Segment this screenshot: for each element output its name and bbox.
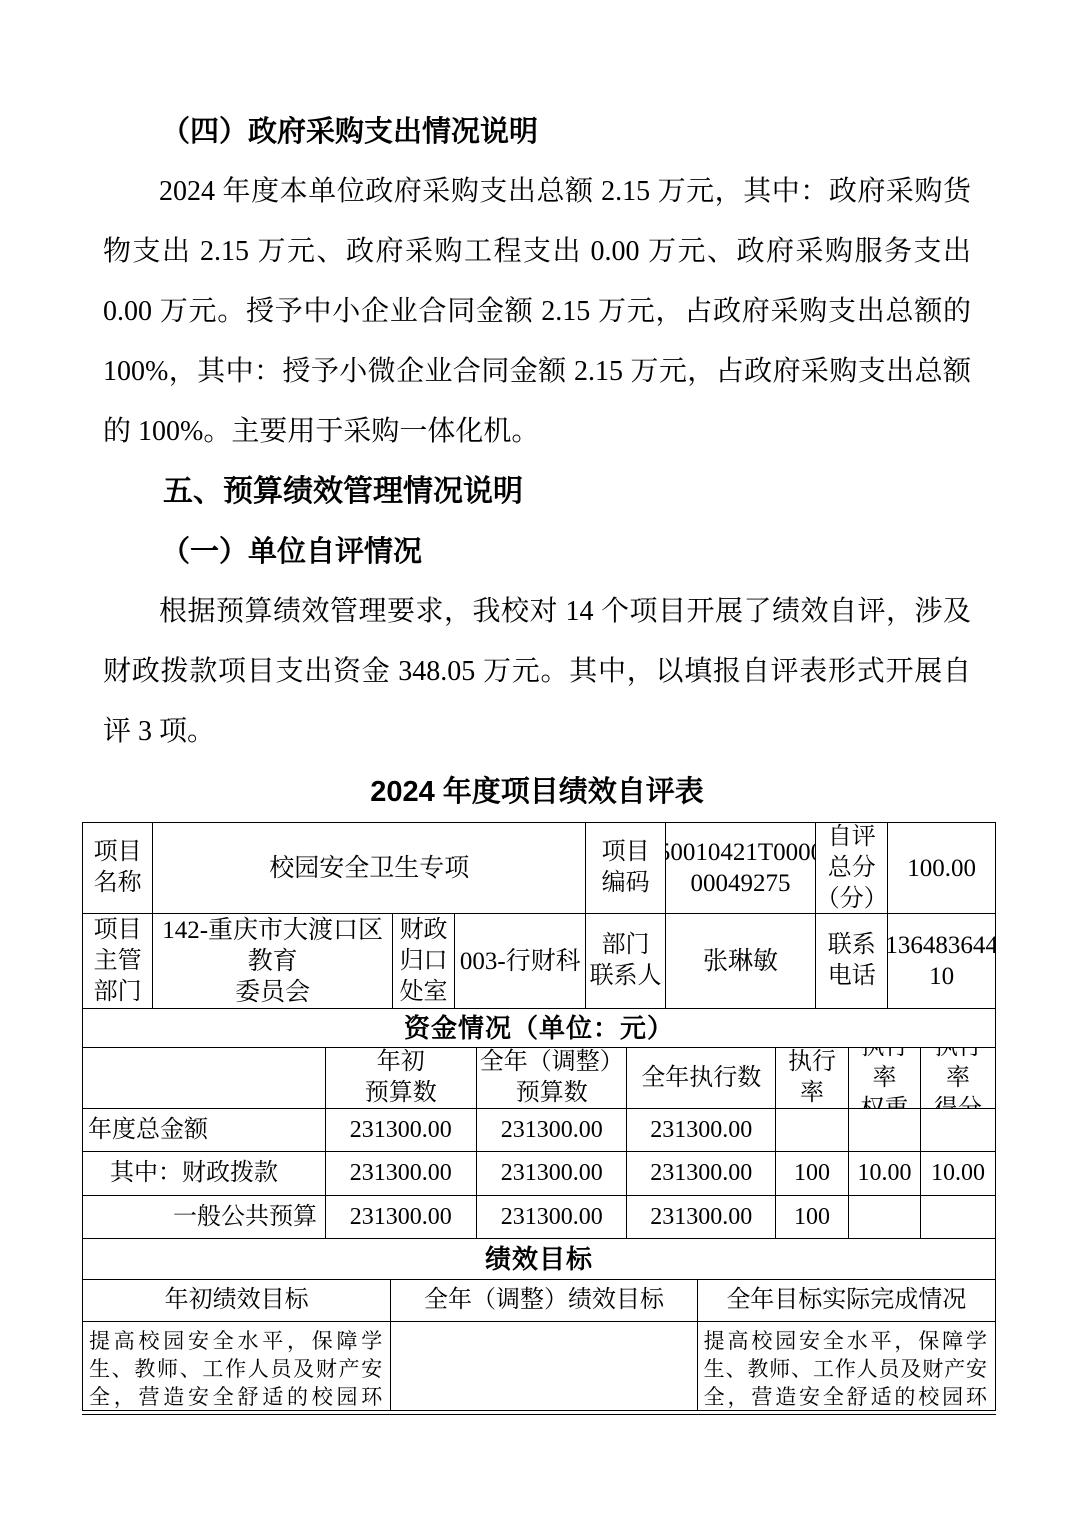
funding-cell <box>921 1109 995 1152</box>
goals-adjusted-text <box>391 1322 697 1411</box>
funding-col-header-executed: 全年执行数 <box>627 1048 776 1109</box>
funding-row-label-public-budget: 一般公共预算 <box>83 1196 326 1239</box>
paragraph-procurement: 2024 年度本单位政府采购支出总额 2.15 万元，其中：政府采购货物支出 2… <box>103 162 971 462</box>
funding-col-header-rate-score: 执行率 得分 <box>921 1048 995 1109</box>
goals-col-header-adjusted: 全年（调整）绩效目标 <box>391 1280 697 1322</box>
self-evaluation-table: 项目 名称 校园安全卫生专项 项目 编码 50010421T0000 00049… <box>82 822 996 1411</box>
goals-actual-text: 提高校园安全水平，保障学生、教师、工作人员及财产安全，营造安全舒适的校园环境。 <box>698 1322 995 1411</box>
funding-cell <box>776 1109 849 1152</box>
funding-corner-cell <box>83 1048 326 1109</box>
funding-section: 资金情况（单位：元） <box>83 1009 995 1048</box>
funding-col-header-execution-rate: 执行率 <box>776 1048 849 1109</box>
project-name-label: 项目 名称 <box>83 823 153 914</box>
paragraph-self-eval: 根据预算绩效管理要求，我校对 14 个项目开展了绩效自评，涉及财政拨款项目支出资… <box>103 582 971 762</box>
table-row-department-info: 项目 主管 部门 142-重庆市大渡口区教育 委员会 财政 归口 处室 003-… <box>83 914 995 1009</box>
funding-cell: 231300.00 <box>326 1109 477 1152</box>
dept-label: 项目 主管 部门 <box>83 914 153 1009</box>
table-title: 2024 年度项目绩效自评表 <box>0 762 1074 822</box>
funding-cell: 231300.00 <box>477 1196 627 1239</box>
funding-col-header-initial-budget: 年初 预算数 <box>326 1048 477 1109</box>
contact-label: 部门 联系人 <box>586 914 665 1009</box>
document-page: （四）政府采购支出情况说明 2024 年度本单位政府采购支出总额 2.15 万元… <box>0 0 1074 1520</box>
contact-value: 张琳敏 <box>666 914 816 1009</box>
funding-cell: 231300.00 <box>477 1152 627 1196</box>
funding-cell: 231300.00 <box>627 1109 776 1152</box>
goals-col-header-initial: 年初绩效目标 <box>83 1280 391 1322</box>
funding-cell: 231300.00 <box>477 1109 627 1152</box>
funding-cell: 10.00 <box>849 1152 921 1196</box>
dept-value: 142-重庆市大渡口区教育 委员会 <box>153 914 393 1009</box>
goals-section: 绩效目标 <box>83 1239 995 1280</box>
project-code-value: 50010421T0000 00049275 <box>666 823 816 914</box>
goals-section-title: 绩效目标 <box>83 1239 995 1280</box>
phone-value: 136483644 10 <box>888 914 995 1009</box>
goals-col-header-actual: 全年目标实际完成情况 <box>698 1280 995 1322</box>
finance-office-label: 财政 归口 处室 <box>393 914 455 1009</box>
funding-section-title: 资金情况（单位：元） <box>83 1009 995 1048</box>
project-code-label: 项目 编码 <box>586 823 665 914</box>
table-page-break-line <box>82 1414 996 1415</box>
phone-label: 联系 电话 <box>816 914 888 1009</box>
funding-cell: 100 <box>776 1152 849 1196</box>
heading-performance: 五、预算绩效管理情况说明 <box>103 462 971 522</box>
goals-initial-text: 提高校园安全水平，保障学生、教师、工作人员及财产安全，营造安全舒适的校园环境。 <box>83 1322 391 1411</box>
funding-cell: 100 <box>776 1196 849 1239</box>
funding-row-label-total: 年度总金额 <box>83 1109 326 1152</box>
self-score-label: 自评 总分 （分） <box>816 823 888 914</box>
project-name-value: 校园安全卫生专项 <box>153 823 586 914</box>
finance-office-value: 003-行财科 <box>455 914 586 1009</box>
self-score-value: 100.00 <box>888 823 995 914</box>
goals-table: 年初绩效目标 全年（调整）绩效目标 全年目标实际完成情况 提高校园安全水平，保障… <box>83 1280 995 1411</box>
funding-cell: 231300.00 <box>627 1152 776 1196</box>
table-row-project-info: 项目 名称 校园安全卫生专项 项目 编码 50010421T0000 00049… <box>83 823 995 914</box>
funding-cell <box>921 1196 995 1239</box>
funding-cell: 231300.00 <box>326 1196 477 1239</box>
funding-row-label-fiscal: 其中：财政拨款 <box>83 1152 326 1196</box>
funding-cell: 10.00 <box>921 1152 995 1196</box>
funding-col-header-adjusted-budget: 全年（调整） 预算数 <box>477 1048 627 1109</box>
funding-cell <box>849 1109 921 1152</box>
funding-col-header-rate-weight: 执行率 权重 <box>849 1048 921 1109</box>
funding-table: 年初 预算数 全年（调整） 预算数 全年执行数 执行率 执行率 权重 执行率 得… <box>83 1048 995 1239</box>
funding-cell: 231300.00 <box>326 1152 477 1196</box>
heading-procurement: （四）政府采购支出情况说明 <box>103 102 971 162</box>
heading-self-eval: （一）单位自评情况 <box>103 522 971 582</box>
funding-cell <box>849 1196 921 1239</box>
funding-cell: 231300.00 <box>627 1196 776 1239</box>
